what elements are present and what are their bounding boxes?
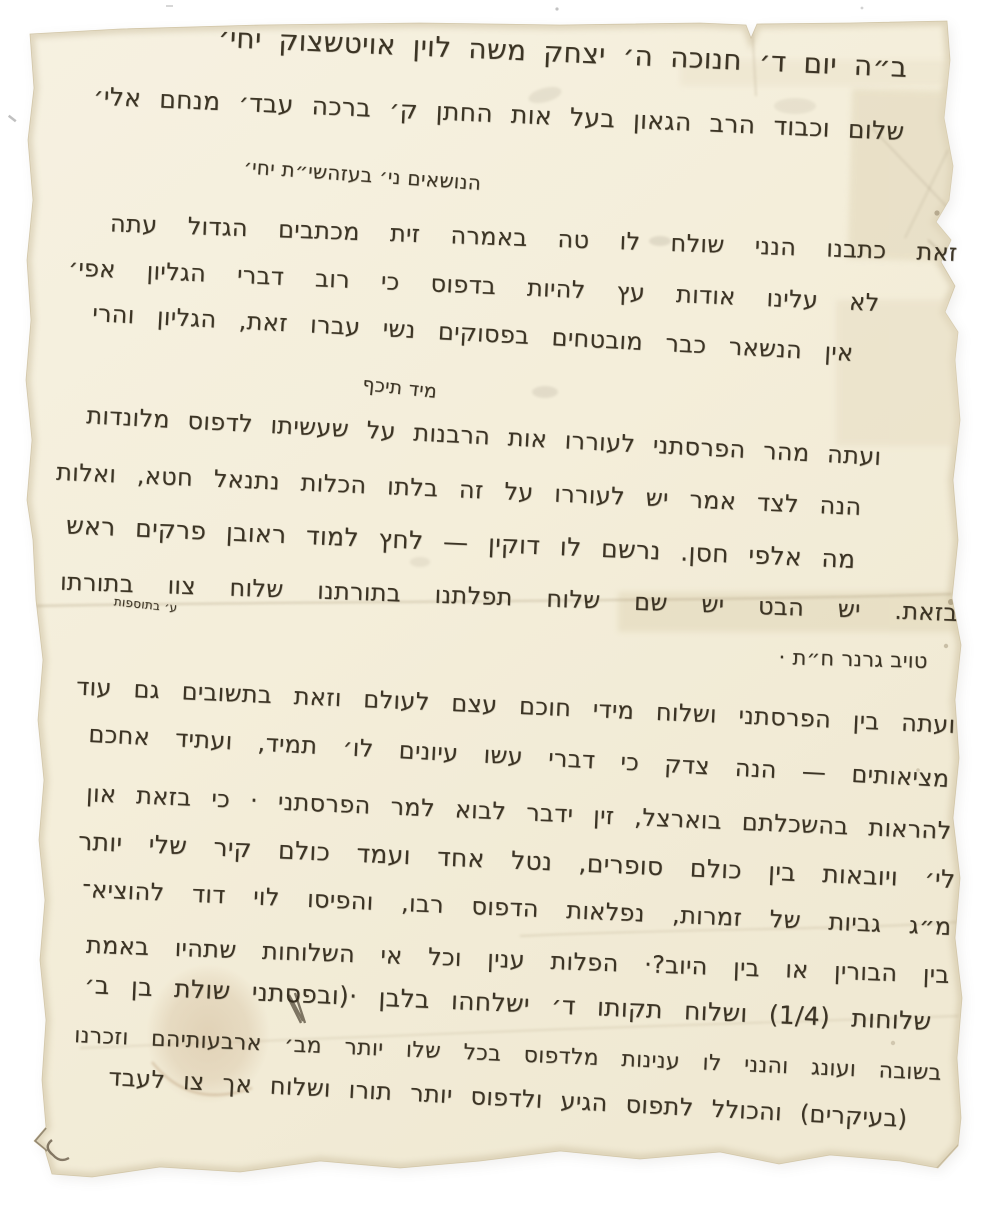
handwriting-line: בזאת. יש הבט יש שם שלוח תפלתנו בתורתנו ש… bbox=[60, 569, 958, 627]
scanner-speck bbox=[555, 7, 558, 10]
letter-paper: ב״ה יום ד׳ חנוכה ה׳ יצחק משה לוין אויטשצ… bbox=[28, 18, 966, 1178]
handwriting-line: מיד תיכף bbox=[336, 372, 438, 404]
handwriting-line: הנושאים ני׳ בעזהשי״ת יחי׳ bbox=[219, 154, 482, 195]
scanner-speck bbox=[166, 5, 173, 7]
handwriting-line: זאת כתבנו הנני שולח לו טה באמרה זית מכתב… bbox=[110, 210, 958, 266]
handwriting-line: שלום וכבוד הרב הגאון בעל אות החתן ק׳ ברכ… bbox=[93, 83, 905, 146]
handwriting-line: ועתה מהר הפרסתני לעוררו אות הרבנות על שע… bbox=[86, 402, 882, 470]
scanner-speck bbox=[8, 115, 17, 123]
handwriting-line: ב״ה יום ד׳ חנוכה ה׳ יצחק משה לוין אויטשצ… bbox=[217, 22, 908, 83]
handwriting-line: טויב גרנר ח״ת · bbox=[685, 644, 928, 674]
scanner-speck bbox=[861, 7, 864, 10]
handwriting-line: מה אלפי חסן. נרשם לו דוקין — לחץ למוד רא… bbox=[66, 512, 856, 574]
handwriting-line: הנה לצד אמר יש לעוררו על זה בלתו הכלות נ… bbox=[56, 459, 862, 521]
handwriting-layer: ב״ה יום ד׳ חנוכה ה׳ יצחק משה לוין אויטשצ… bbox=[28, 18, 966, 1178]
